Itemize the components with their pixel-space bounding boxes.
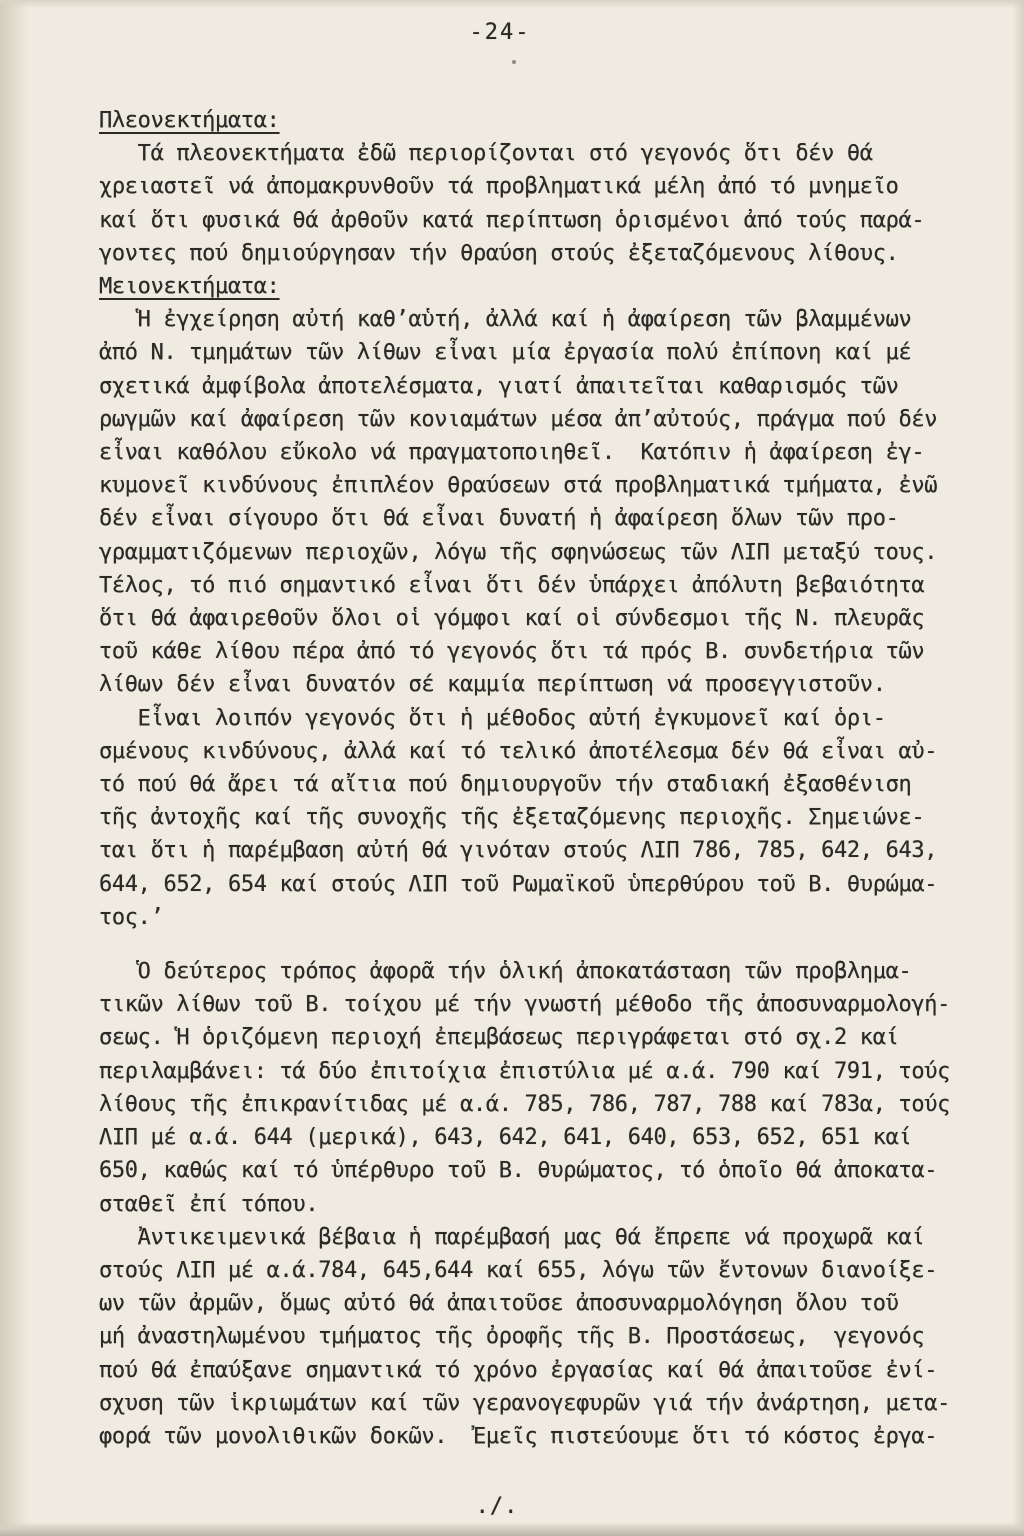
text-line: Ἀντικειμενικά βέβαια ἡ παρέμβασή μας θά … (99, 1221, 979, 1254)
text-line: ων τῶν ἀρμῶν, ὅμως αὐτό θά ἀπαιτοῦσε ἀπο… (99, 1287, 979, 1320)
text-line: Ὁ δεύτερος τρόπος ἀφορᾶ τήν ὁλική ἀποκατ… (99, 955, 979, 988)
page-bottom-edge-shadow (0, 1522, 1024, 1536)
section-heading: Πλεονεκτήματα: (99, 104, 979, 137)
text-line: ΛΙΠ μέ α.ά. 644 (μερικά), 643, 642, 641,… (99, 1121, 979, 1154)
text-line: τος.’ (99, 901, 979, 934)
text-line: τικῶν λίθων τοῦ Β. τοίχου μέ τήν γνωστή … (99, 988, 979, 1021)
text-line: κυμονεῖ κινδύνους ἐπιπλέον θραύσεων στά … (99, 469, 979, 502)
text-line: Ἡ ἐγχείρηση αὐτή καθ’αὑτή, ἀλλά καί ἡ ἀφ… (99, 303, 979, 336)
text-line: μή ἀναστηλωμένου τμήματος τῆς ὀροφῆς τῆς… (99, 1320, 979, 1353)
text-line: λίθους τῆς ἐπικρανίτιδας μέ α.ά. 785, 78… (99, 1088, 979, 1121)
text-line: Εἶναι λοιπόν γεγονός ὅτι ἡ μέθοδος αὐτή … (99, 702, 979, 735)
text-line: Τά πλεονεκτήματα ἐδῶ περιορίζονται στό γ… (99, 137, 979, 170)
text-line: φορά τῶν μονολιθικῶν δοκῶν. Ἐμεῖς πιστεύ… (99, 1420, 979, 1453)
text-line: σχυση τῶν ἱκριωμάτων καί τῶν γερανογεφυρ… (99, 1387, 979, 1420)
text-line: 644, 652, 654 καί στούς ΛΙΠ τοῦ Ρωμαϊκοῦ… (99, 868, 979, 901)
text-line: λίθων δέν εἶναι δυνατόν σέ καμμία περίπτ… (99, 668, 979, 701)
page-top-edge-shadow (0, 0, 1024, 8)
text-line: ρωγμῶν καί ἀφαίρεση τῶν κονιαμάτων μέσα … (99, 403, 979, 436)
text-line: γραμματιζόμενων περιοχῶν, λόγω τῆς σφηνώ… (99, 536, 979, 569)
text-line: σχετικά ἀμφίβολα ἀποτελέσματα, γιατί ἀπα… (99, 370, 979, 403)
text-line: χρειαστεῖ νά ἀπομακρυνθοῦν τά προβληματι… (99, 170, 979, 203)
text-line: στούς ΛΙΠ μέ α.ά.784, 645,644 καί 655, λ… (99, 1254, 979, 1287)
text-line: πού θά ἐπαύξανε σημαντικά τό χρόνο ἐργασ… (99, 1354, 979, 1387)
text-line: ὅτι θά ἀφαιρεθοῦν ὅλοι οἱ γόμφοι καί οἱ … (99, 602, 979, 635)
text-line: εἶναι καθόλου εὔκολο νά πραγματοποιηθεῖ.… (99, 436, 979, 469)
page-body-text: Πλεονεκτήματα: Τά πλεονεκτήματα ἐδῶ περι… (99, 104, 979, 1453)
text-line: σεως. Ἡ ὁριζόμενη περιοχή ἐπεμβάσεως περ… (99, 1021, 979, 1054)
continuation-mark: ./. (0, 1494, 994, 1519)
text-line: τό πού θά ἄρει τά αἴτια πού δημιουργοῦν … (99, 768, 979, 801)
text-line: σταθεῖ ἐπί τόπου. (99, 1188, 979, 1221)
scan-speck (512, 60, 516, 64)
text-line: καί ὅτι φυσικά θά ἀρθοῦν κατά περίπτωση … (99, 204, 979, 237)
text-line: τῆς ἀντοχῆς καί τῆς συνοχῆς τῆς ἐξεταζόμ… (99, 801, 979, 834)
text-line: Τέλος, τό πιό σημαντικό εἶναι ὅτι δέν ὑπ… (99, 569, 979, 602)
page-left-edge-shadow (0, 0, 30, 1536)
text-line: γοντες πού δημιούργησαν τήν θραύση στούς… (99, 237, 979, 270)
text-line: περιλαμβάνει: τά δύο ἐπιτοίχια ἐπιστύλια… (99, 1055, 979, 1088)
text-line: ἀπό Ν. τμημάτων τῶν λίθων εἶναι μία ἐργα… (99, 336, 979, 369)
text-line: ται ὅτι ἡ παρέμβαση αὐτή θά γινόταν στού… (99, 834, 979, 867)
document-page: -24- Πλεονεκτήματα: Τά πλεονεκτήματα ἐδῶ… (0, 0, 1024, 1536)
page-number: -24- (0, 20, 1000, 45)
section-heading: Μειονεκτήματα: (99, 270, 979, 303)
text-line: 650, καθώς καί τό ὑπέρθυρο τοῦ Β. θυρώμα… (99, 1154, 979, 1187)
text-line: σμένους κινδύνους, ἀλλά καί τό τελικό ἀπ… (99, 735, 979, 768)
page-right-edge-shadow (1012, 0, 1024, 1536)
text-line: δέν εἶναι σίγουρο ὅτι θά εἶναι δυνατή ἡ … (99, 502, 979, 535)
text-line: τοῦ κάθε λίθου πέρα ἀπό τό γεγονός ὅτι τ… (99, 635, 979, 668)
